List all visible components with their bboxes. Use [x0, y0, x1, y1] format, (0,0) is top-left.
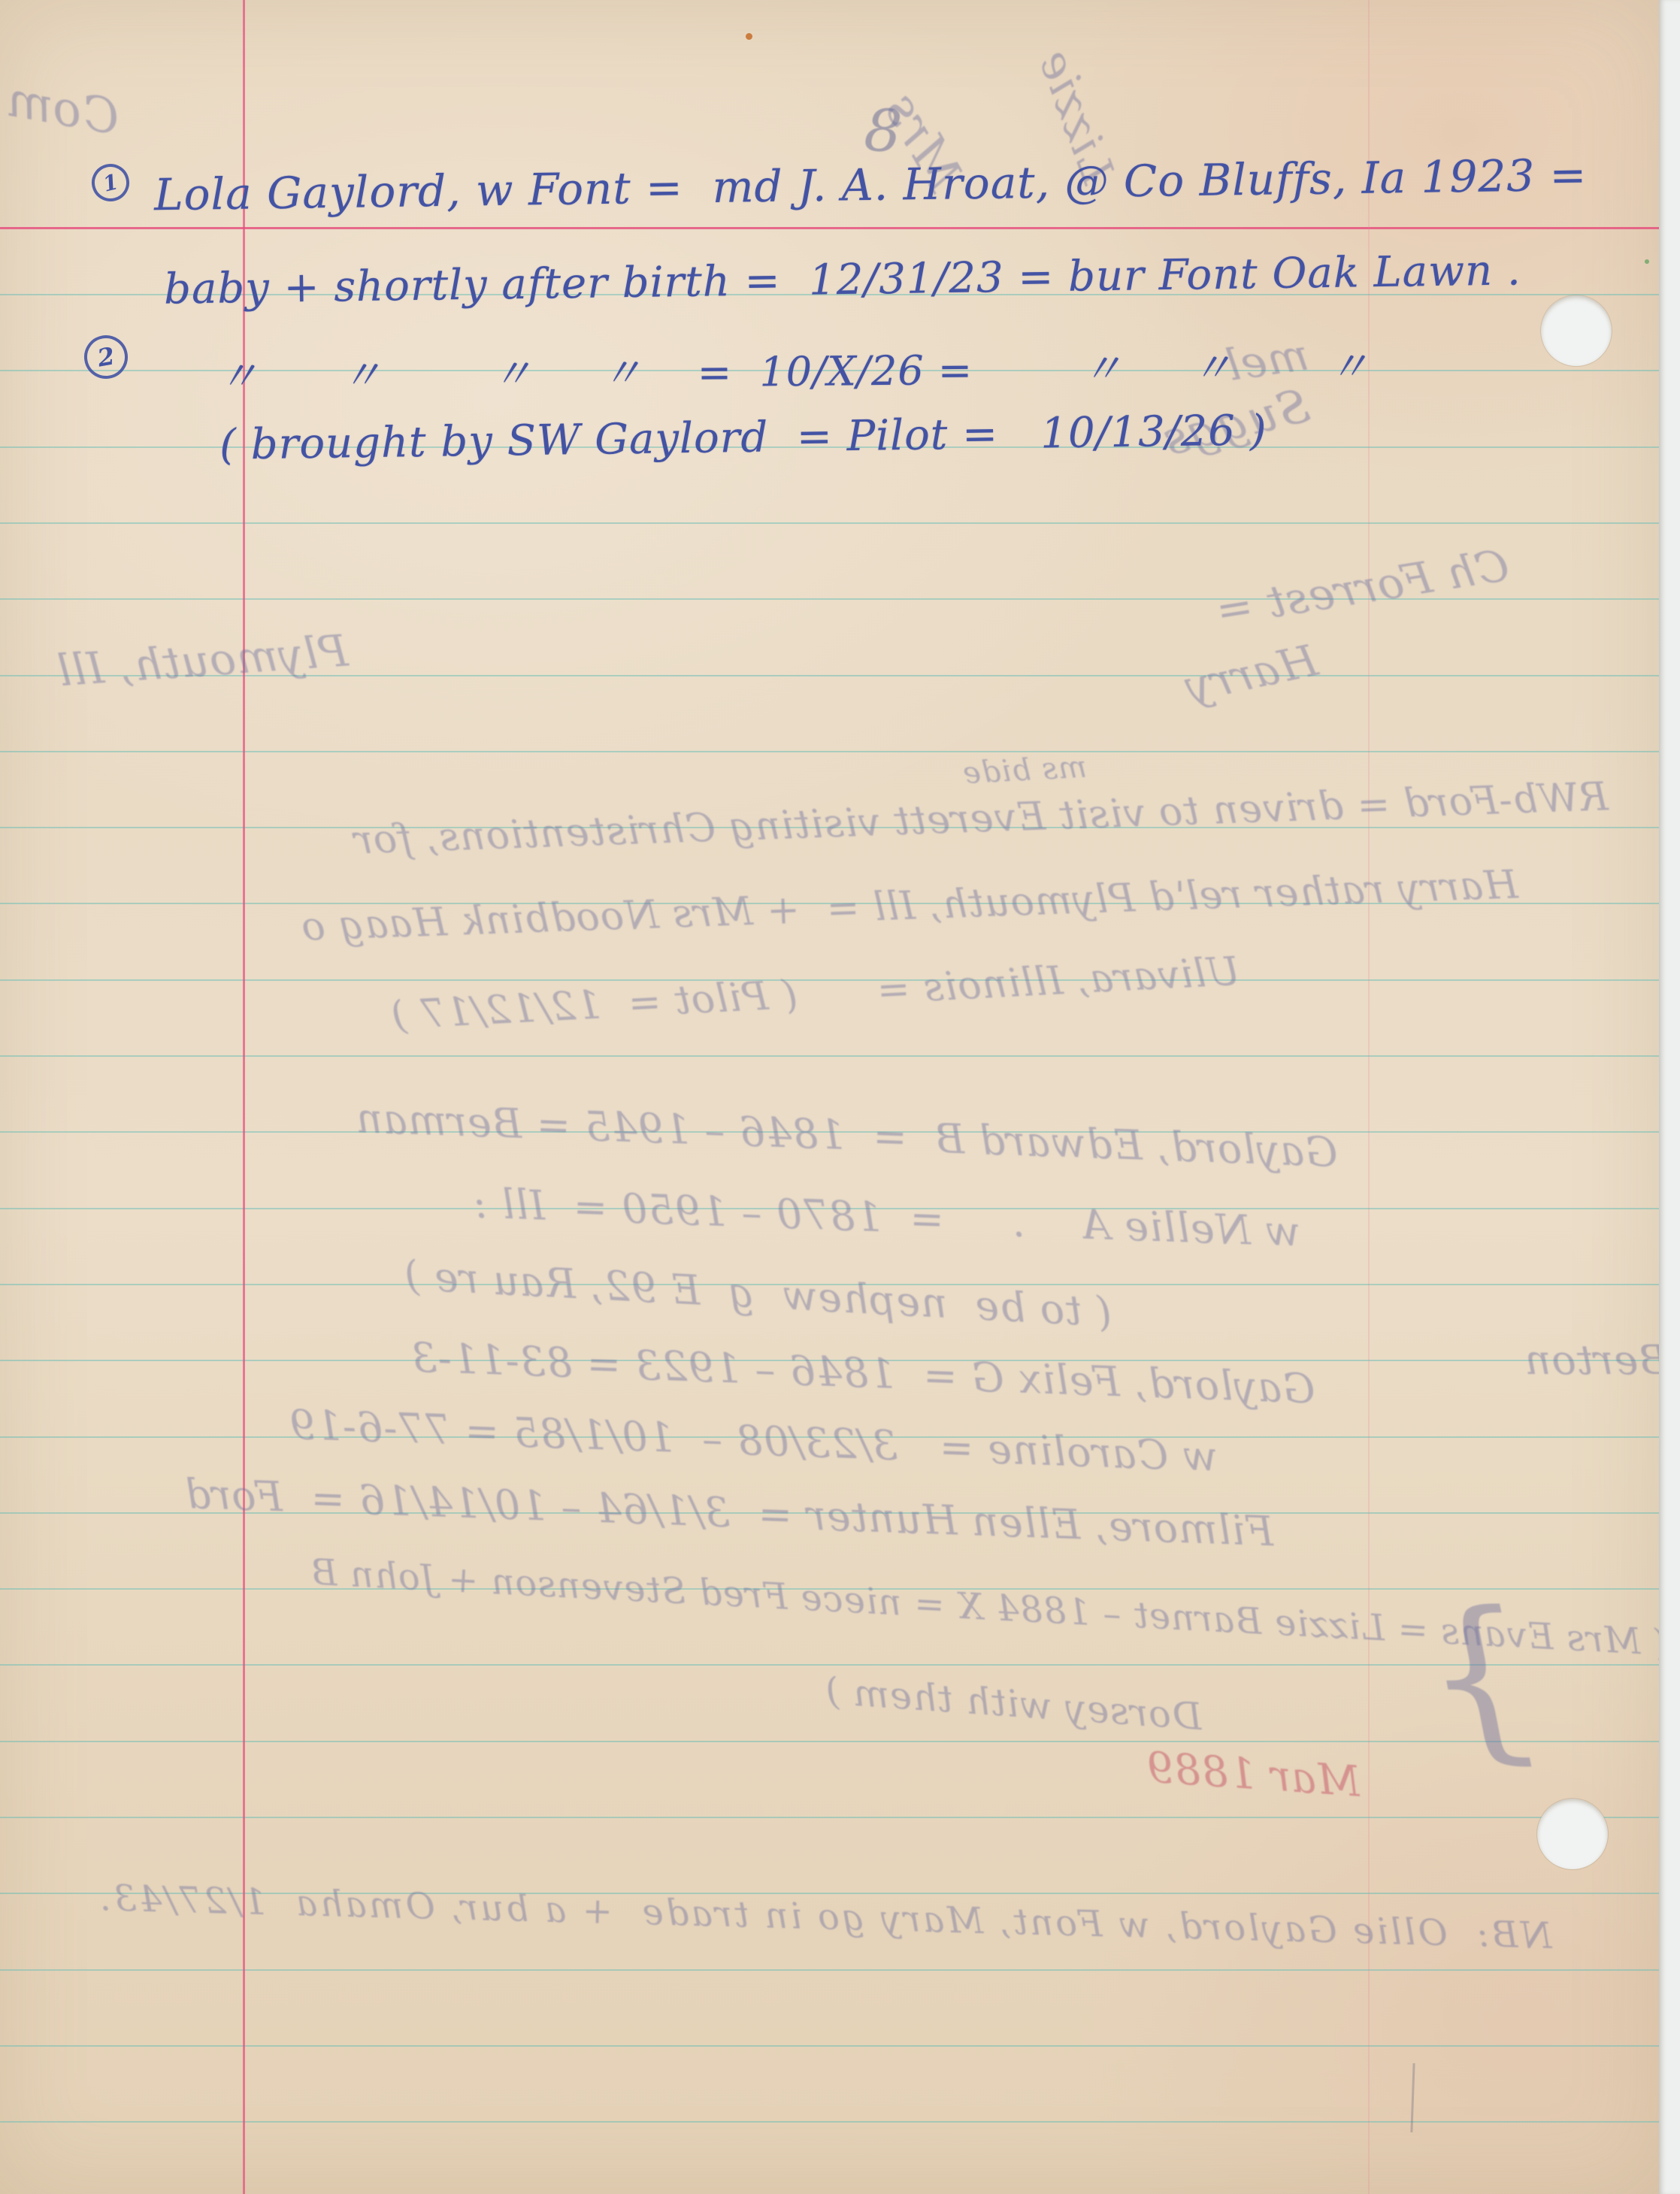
showthrough-text: Filmore, Ellen Hunter = 3/1/64 – 10/14/1… — [138, 1469, 1274, 1556]
showthrough-text: Harry — [1180, 634, 1322, 713]
showthrough-text: w Nellie A . = 1870 – 1950 = Ill : — [322, 1174, 1300, 1255]
ruled-line — [0, 1817, 1659, 1818]
showthrough-text: RWb-Ford = driven to visit Everett visit… — [248, 774, 1609, 867]
ruled-line — [0, 2045, 1659, 2047]
showthrough-text: Ch Forrest = — [1212, 540, 1512, 637]
scanner-background-strip — [1659, 0, 1680, 2194]
entry-1-line-1: Lola Gaylord, w Font = md J. A. Hroat, @… — [154, 150, 1588, 221]
ruled-line — [0, 1741, 1659, 1742]
showthrough-text: Plymouth, Ill — [55, 625, 350, 697]
entry-1-circled-number: 1 — [88, 160, 134, 206]
entry-2-line-2: ( brought by SW Gaylord = Pilot = 10/13/… — [219, 406, 1267, 469]
showthrough-brace: } — [1424, 1575, 1538, 1780]
ruled-line — [0, 1969, 1659, 1971]
showthrough-red-date: Mar 1889 — [1126, 1742, 1362, 1806]
hole-punch-top — [1541, 295, 1612, 366]
paper-speck — [1645, 259, 1649, 264]
showthrough-text: Berton — [1530, 1336, 1669, 1384]
entry-1-line-2: baby + shortly after birth = 12/31/23 = … — [164, 246, 1521, 313]
showthrough-margin-line — [1368, 0, 1370, 2194]
entry-2-ditto-line: 〃 〃 〃 〃 = 10/X/26 = 〃 〃 〃 — [218, 334, 1370, 402]
showthrough-text: NB: Ollie Gaylord, w Font, Mary go in tr… — [124, 1878, 1553, 1957]
ruled-line — [0, 751, 1659, 752]
hole-punch-bottom — [1537, 1799, 1608, 1869]
showthrough-text: Gaylord, Felix G = 1846 – 1923 = 83-11-3 — [180, 1326, 1315, 1413]
scanned-document-page: 8 Com Mrs Lizzie mel Suggs Ch Forrest = … — [0, 0, 1680, 2194]
showthrough-text: ms bide — [961, 750, 1088, 791]
showthrough-text: Dorsey with them ) — [743, 1663, 1204, 1739]
notebook-paper: 8 Com Mrs Lizzie mel Suggs Ch Forrest = … — [0, 0, 1659, 2194]
showthrough-text: w Caroline = 3/23/08 – 10/1/85 = 77-6-19 — [232, 1399, 1218, 1481]
ruled-line — [0, 1664, 1659, 1666]
showthrough-text: Ulivara, Illinois = ( Pilot = 12/12/17 ) — [518, 949, 1241, 1032]
header-rule-line — [0, 227, 1659, 229]
showthrough-text: Harry rather rel'd Plymouth, Ill = + Mrs… — [202, 862, 1518, 953]
left-margin-line — [243, 0, 245, 2194]
ruled-line — [0, 1055, 1659, 1057]
showthrough-text: ( to be nephew g E 92, Rau re ) — [353, 1249, 1113, 1336]
showthrough-text: Com — [2, 71, 124, 146]
paper-speck — [746, 33, 752, 40]
showthrough-text: Gaylord, Edward B = 1846 – 1945 = Berman — [315, 1093, 1338, 1176]
ruled-line — [0, 522, 1659, 524]
entry-2-circled-number: 2 — [80, 331, 131, 382]
